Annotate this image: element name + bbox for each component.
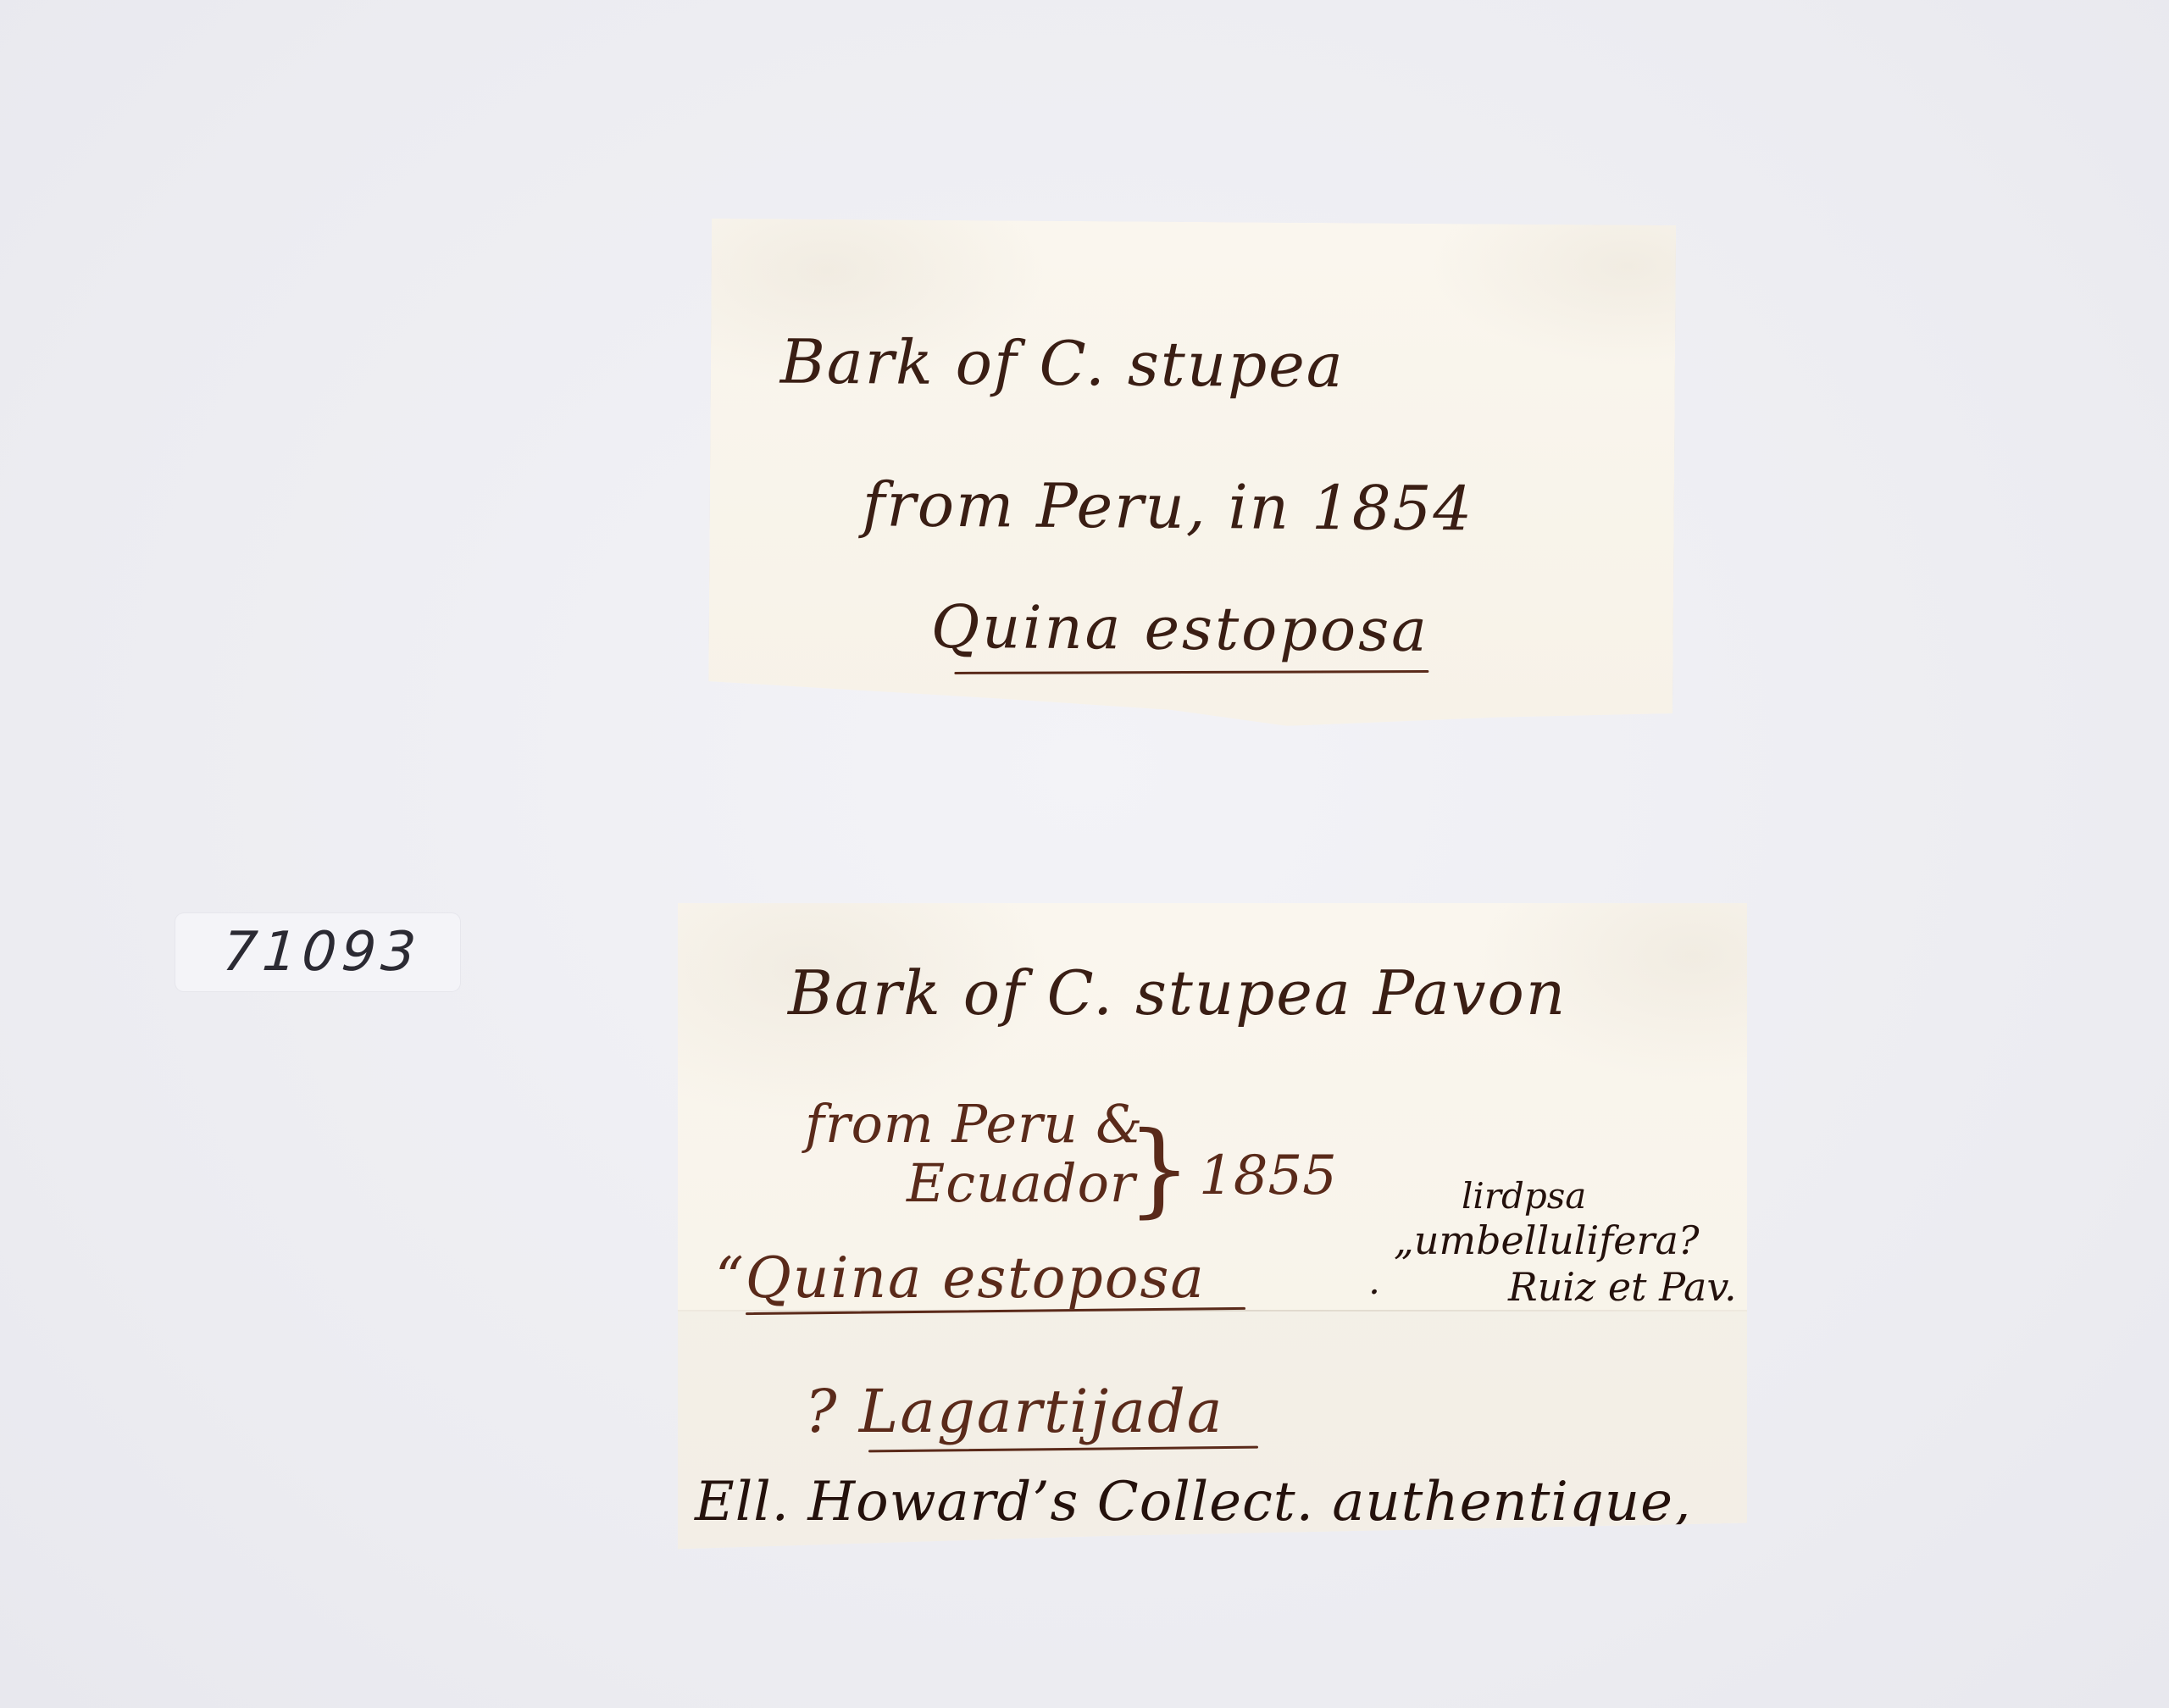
specimen-label-bottom: Bark of C. stupea Pavon from Peru & Ecua… — [678, 903, 1747, 1555]
catalogue-number-sticker: 71093 — [175, 913, 460, 991]
annotation-dash: . — [1368, 1263, 1380, 1300]
label-top-line-2: from Peru, in 1854 — [863, 474, 1474, 539]
catalogue-number: 71093 — [220, 921, 423, 984]
annotation-line-2: „umbellulifera? — [1394, 1221, 1700, 1260]
specimen-label-top: Bark of C. stupea from Peru, in 1854 Qui… — [708, 219, 1676, 734]
label-bottom-year: 1855 — [1199, 1149, 1337, 1203]
label-bottom-origin-1: from Peru & — [805, 1098, 1144, 1151]
annotation-line-1: lirdpsa — [1462, 1178, 1586, 1214]
annotation-line-3: Ruiz et Pav. — [1508, 1267, 1737, 1306]
label-bottom-common-name: “Quina estoposa — [715, 1250, 1206, 1306]
photo-scene: 71093 Bark of C. stupea from Peru, in 18… — [0, 0, 2169, 1708]
label-bottom-origin-2: Ecuador — [907, 1157, 1136, 1210]
label-bottom-provenance: Ell. Howard’s Collect. authentique, — [695, 1475, 1691, 1529]
label-bottom-query-name: ? Lagartijada — [805, 1382, 1224, 1441]
label-bottom-brace: } — [1127, 1119, 1191, 1221]
label-top-line-1: Bark of C. stupea — [780, 331, 1345, 396]
label-bottom-line-1: Bark of C. stupea Pavon — [788, 962, 1567, 1023]
label-top-underline — [954, 670, 1428, 674]
label-top-line-3: Quina estoposa — [931, 597, 1430, 660]
